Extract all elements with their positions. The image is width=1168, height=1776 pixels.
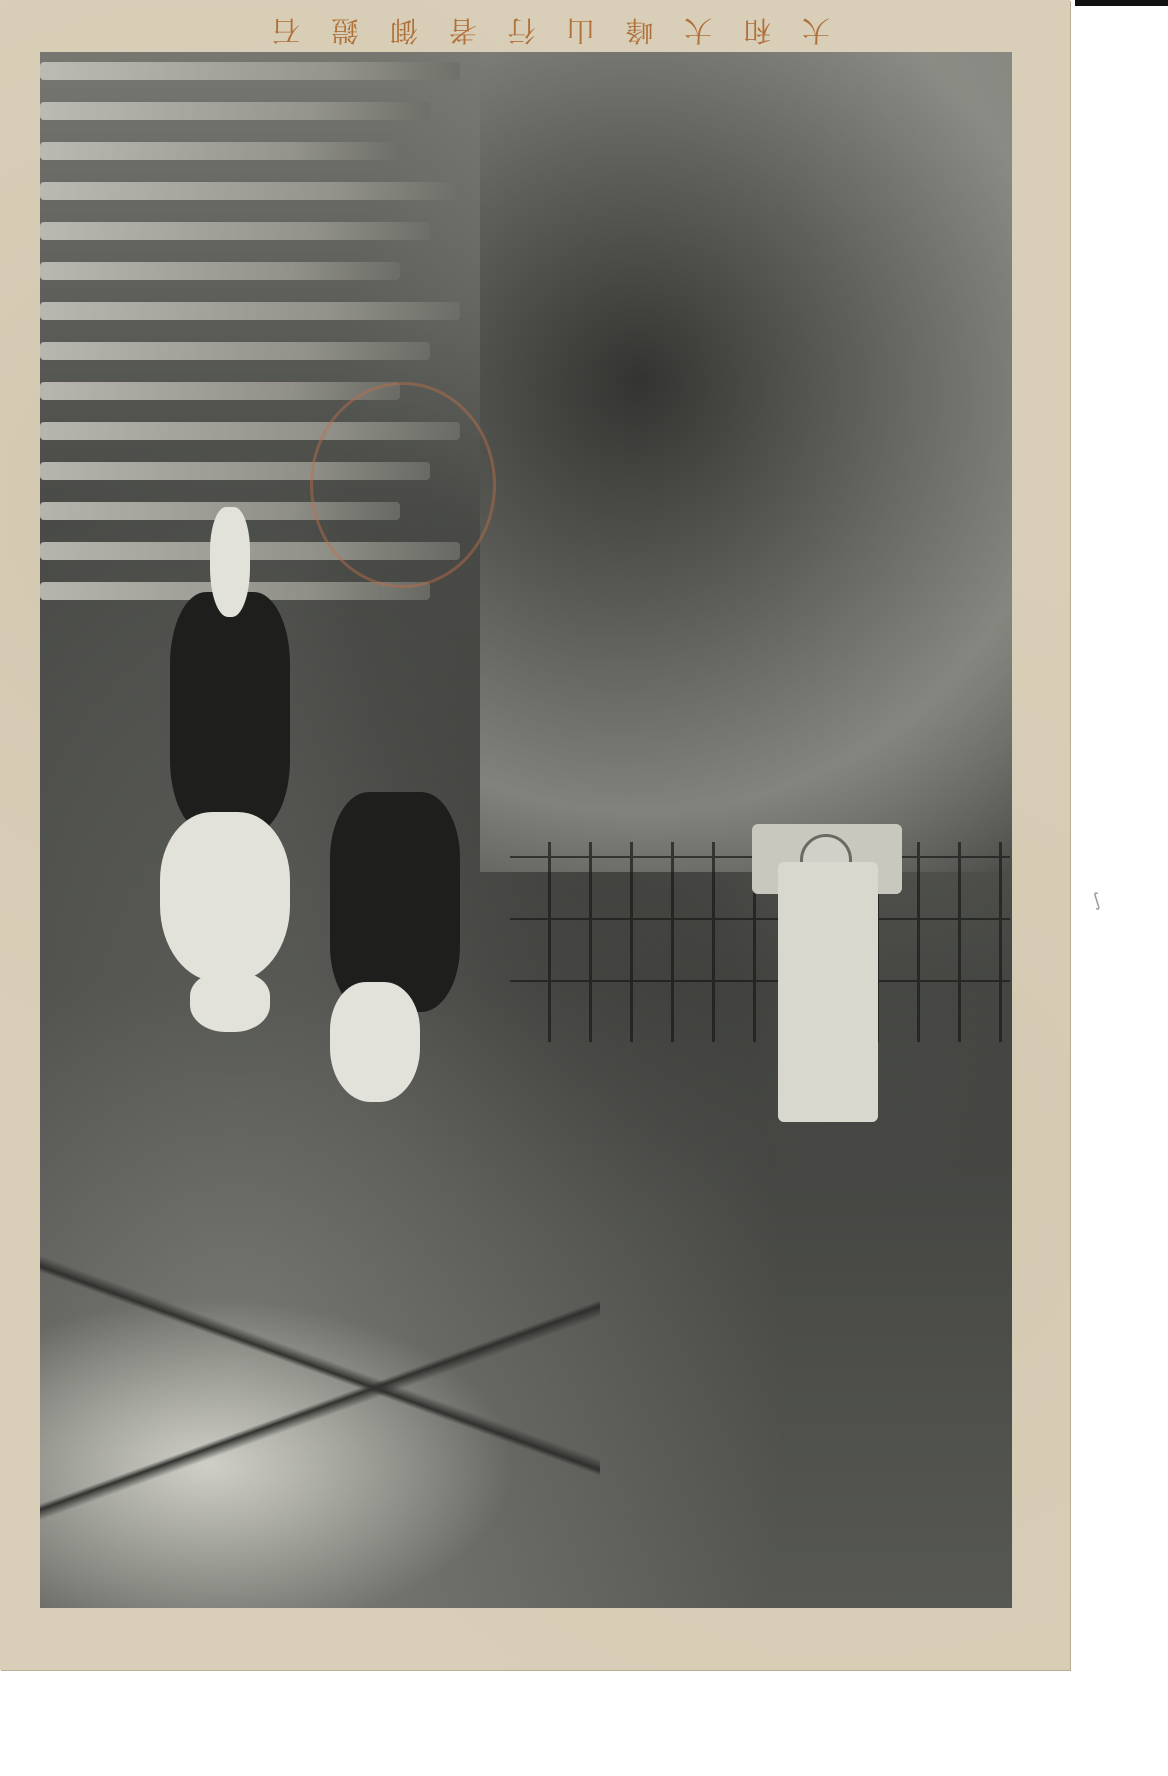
stair-plank bbox=[40, 182, 460, 200]
stair-plank bbox=[40, 142, 400, 160]
figure-left-white-robe bbox=[160, 812, 290, 982]
caption-char: 鎧 bbox=[329, 12, 359, 52]
figure-right-white-collar bbox=[330, 982, 420, 1102]
stair-plank bbox=[40, 62, 460, 80]
pencil-mark: ∫ bbox=[1089, 889, 1105, 912]
caption-char: 者 bbox=[447, 12, 477, 52]
stair-plank bbox=[40, 222, 430, 240]
caption-char: 峰 bbox=[623, 12, 653, 52]
foliage bbox=[480, 52, 1012, 872]
postcard: 大 和 大 峰 山 行 者 御 鎧 石 bbox=[0, 0, 1070, 1670]
stair-plank bbox=[40, 262, 400, 280]
caption-char: 御 bbox=[388, 12, 418, 52]
figure-right-dark-robe bbox=[330, 792, 460, 1012]
figure-left-dark-robe bbox=[170, 592, 290, 832]
tree-branches bbox=[40, 1252, 600, 1608]
stone-marker bbox=[778, 862, 878, 1122]
figure-left-leg bbox=[210, 507, 250, 617]
stair-plank bbox=[40, 342, 430, 360]
caption-char: 和 bbox=[741, 12, 771, 52]
scan-edge-strip bbox=[1075, 0, 1168, 6]
caption-char: 大 bbox=[800, 12, 830, 52]
caption-char: 大 bbox=[682, 12, 712, 52]
caption-char: 行 bbox=[506, 12, 536, 52]
photograph bbox=[40, 52, 1012, 1608]
stair-plank bbox=[40, 102, 430, 120]
stair-plank bbox=[40, 302, 460, 320]
stair-plank bbox=[40, 382, 400, 400]
postmark-stamp bbox=[310, 382, 496, 588]
caption-char: 山 bbox=[564, 12, 594, 52]
figure-left-headwear bbox=[190, 972, 270, 1032]
caption-char: 石 bbox=[270, 12, 300, 52]
postcard-caption: 大 和 大 峰 山 行 者 御 鎧 石 bbox=[270, 12, 830, 52]
